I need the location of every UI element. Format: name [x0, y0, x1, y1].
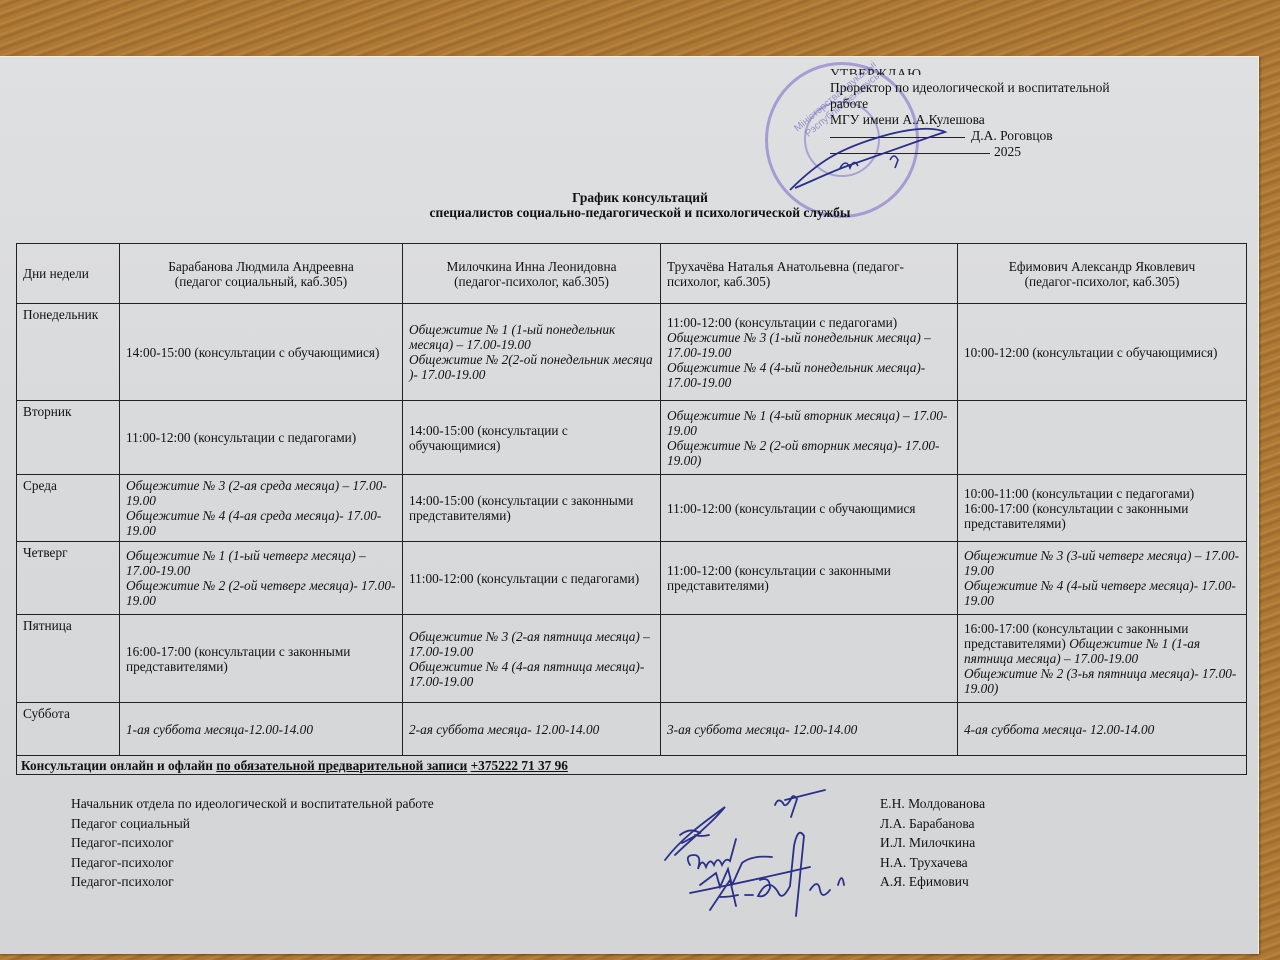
position: Педагог социальный: [71, 814, 434, 834]
schedule-entry: Общежитие № 2 (2-ой четверг месяца)- 17.…: [126, 578, 396, 608]
schedule-entry: 11:00-12:00 (консультации с педагогами): [409, 571, 654, 586]
schedule-cell: Общежитие № 1 (1-ый четверг месяца) – 17…: [120, 542, 403, 615]
approval-year: 2025: [994, 144, 1021, 159]
schedule-entry: Общежитие № 4 (4-ый понедельник месяца)-…: [667, 360, 951, 390]
position: Начальник отдела по идеологической и вос…: [71, 794, 434, 814]
signatory-name: И.Л. Милочкина: [880, 833, 985, 853]
table-header-row: Дни недели Барабанова Людмила Андреевна(…: [17, 244, 1247, 304]
day-cell: Вторник: [17, 401, 120, 475]
approval-signature-icon: [780, 120, 950, 200]
table-row: СредаОбщежитие № 3 (2-ая среда месяца) –…: [17, 475, 1247, 542]
signatory-name: Е.Н. Молдованова: [880, 794, 985, 814]
booking-requirement: по обязательной предварительной записи: [216, 758, 467, 773]
header-specialist: Трухачёва Наталья Анатольевна (педагог-п…: [661, 244, 958, 304]
schedule-entry: 11:00-12:00 (консультации с обучающимися: [667, 501, 951, 516]
schedule-cell: 1-ая суббота месяца-12.00-14.00: [120, 703, 403, 756]
schedule-cell: Общежитие № 3 (2-ая пятница месяца) – 17…: [403, 615, 661, 703]
schedule-cell: 11:00-12:00 (консультации с обучающимися: [661, 475, 958, 542]
schedule-cell: 16:00-17:00 (консультации с законными пр…: [120, 615, 403, 703]
schedule-entry: 14:00-15:00 (консультации с обучающимися…: [409, 423, 654, 453]
table-row: Понедельник14:00-15:00 (консультации с о…: [17, 304, 1247, 401]
booking-note: Консультации онлайн и офлайн по обязател…: [17, 756, 1247, 775]
schedule-entry: 10:00-11:00 (консультации с педагогами): [964, 486, 1240, 501]
schedule-cell: Общежитие № 3 (3-ий четверг месяца) – 17…: [958, 542, 1247, 615]
table-row: ЧетвергОбщежитие № 1 (1-ый четверг месяц…: [17, 542, 1247, 615]
schedule-entry: 11:00-12:00 (консультации с законными пр…: [667, 563, 951, 593]
approval-line: Проректор по идеологической и воспитател…: [830, 80, 1170, 96]
position: Педагог-психолог: [71, 872, 434, 892]
handwritten-signatures-icon: [650, 785, 880, 940]
day-cell: Среда: [17, 475, 120, 542]
schedule-cell: Общежитие № 1 (1-ый понедельник месяца) …: [403, 304, 661, 401]
header-specialist: Милочкина Инна Леонидовна(педагог-психол…: [403, 244, 661, 304]
schedule-entry: 16:00-17:00 (консультации с законными пр…: [964, 501, 1240, 531]
schedule-cell: 10:00-11:00 (консультации с педагогами)1…: [958, 475, 1247, 542]
schedule-entry: 11:00-12:00 (консультации с педагогами): [667, 315, 951, 330]
schedule-entry: 2-ая суббота месяца- 12.00-14.00: [409, 722, 654, 737]
schedule-entry: Общежитие № 3 (1-ый понедельник месяца) …: [667, 330, 951, 360]
schedule-entry: 3-ая суббота месяца- 12.00-14.00: [667, 722, 951, 737]
position: Педагог-психолог: [71, 833, 434, 853]
schedule-entry: 14:00-15:00 (консультации с законными пр…: [409, 493, 654, 523]
day-cell: Суббота: [17, 703, 120, 756]
signatory-name: Л.А. Барабанова: [880, 814, 985, 834]
title-line-1: График консультаций: [380, 190, 900, 205]
schedule-cell: 2-ая суббота месяца- 12.00-14.00: [403, 703, 661, 756]
approval-heading: УТВЕРЖДАЮ: [830, 66, 922, 75]
schedule-cell: 14:00-15:00 (консультации с обучающимися…: [403, 401, 661, 475]
schedule-entry: Общежитие № 1 (1-ый понедельник месяца) …: [409, 322, 654, 352]
approval-signatory: Д.А. Роговцов: [971, 128, 1053, 143]
table-row: Суббота1-ая суббота месяца-12.00-14.002-…: [17, 703, 1247, 756]
schedule-entry: 4-ая суббота месяца- 12.00-14.00: [964, 722, 1240, 737]
schedule-cell: 4-ая суббота месяца- 12.00-14.00: [958, 703, 1247, 756]
schedule-entry: 1-ая суббота месяца-12.00-14.00: [126, 722, 396, 737]
schedule-cell: 14:00-15:00 (консультации с обучающимися…: [120, 304, 403, 401]
header-days: Дни недели: [17, 244, 120, 304]
schedule-cell: Общежитие № 3 (2-ая среда месяца) – 17.0…: [120, 475, 403, 542]
schedule-entry: Общежитие № 2 (3-ья пятница месяца)- 17.…: [964, 666, 1240, 696]
schedule-cell: 3-ая суббота месяца- 12.00-14.00: [661, 703, 958, 756]
schedule-cell: 14:00-15:00 (консультации с законными пр…: [403, 475, 661, 542]
schedule-entry: Общежитие № 4 (4-ая среда месяца)- 17.00…: [126, 508, 396, 538]
schedule-entry: Общежитие № 3 (2-ая пятница месяца) – 17…: [409, 629, 654, 659]
consultation-schedule-table: Дни недели Барабанова Людмила Андреевна(…: [16, 243, 1247, 775]
schedule-entry: 11:00-12:00 (консультации с педагогами): [126, 430, 396, 445]
schedule-entry: Общежитие № 1 (4-ый вторник месяца) – 17…: [667, 408, 951, 438]
schedule-entry: 16:00-17:00 (консультации с законными пр…: [126, 644, 396, 674]
signature-positions: Начальник отдела по идеологической и вос…: [71, 794, 434, 892]
schedule-entry: 14:00-15:00 (консультации с обучающимися…: [126, 345, 396, 360]
table-row: Вторник11:00-12:00 (консультации с педаг…: [17, 401, 1247, 475]
schedule-entry: Общежитие № 2 (2-ой вторник месяца)- 17.…: [667, 438, 951, 468]
day-cell: Пятница: [17, 615, 120, 703]
schedule-cell: 10:00-12:00 (консультации с обучающимися…: [958, 304, 1247, 401]
position: Педагог-психолог: [71, 853, 434, 873]
day-cell: Четверг: [17, 542, 120, 615]
schedule-cell: 11:00-12:00 (консультации с педагогами): [403, 542, 661, 615]
approval-line: работе: [830, 96, 1170, 112]
header-specialist: Барабанова Людмила Андреевна(педагог соц…: [120, 244, 403, 304]
day-cell: Понедельник: [17, 304, 120, 401]
schedule-cell: Общежитие № 1 (4-ый вторник месяца) – 17…: [661, 401, 958, 475]
schedule-cell: 11:00-12:00 (консультации с педагогами)О…: [661, 304, 958, 401]
schedule-cell: 11:00-12:00 (консультации с законными пр…: [661, 542, 958, 615]
table-note-row: Консультации онлайн и офлайн по обязател…: [17, 756, 1247, 775]
signature-names: Е.Н. Молдованова Л.А. Барабанова И.Л. Ми…: [880, 794, 985, 892]
table-row: Пятница16:00-17:00 (консультации с закон…: [17, 615, 1247, 703]
document-title: График консультаций специалистов социаль…: [380, 190, 900, 220]
schedule-cell: [958, 401, 1247, 475]
schedule-cell: [661, 615, 958, 703]
schedule-entry: Общежитие № 3 (3-ий четверг месяца) – 17…: [964, 548, 1240, 578]
schedule-cell: 11:00-12:00 (консультации с педагогами): [120, 401, 403, 475]
title-line-2: специалистов социально-педагогической и …: [380, 205, 900, 220]
schedule-cell: 16:00-17:00 (консультации с законными пр…: [958, 615, 1247, 703]
schedule-entry: Общежитие № 1 (1-ый четверг месяца) – 17…: [126, 548, 396, 578]
schedule-entry: Общежитие № 4 (4-ая пятница месяца)- 17.…: [409, 659, 654, 689]
signatory-name: Н.А. Трухачева: [880, 853, 985, 873]
schedule-entry: Общежитие № 3 (2-ая среда месяца) – 17.0…: [126, 478, 396, 508]
schedule-entry: 10:00-12:00 (консультации с обучающимися…: [964, 345, 1240, 360]
signatory-name: А.Я. Ефимович: [880, 872, 985, 892]
booking-phone[interactable]: +375222 71 37 96: [471, 758, 568, 773]
schedule-entry: Общежитие № 4 (4-ый четверг месяца)- 17.…: [964, 578, 1240, 608]
schedule-entry: Общежитие № 2(2-ой понедельник месяца )-…: [409, 352, 654, 382]
header-specialist: Ефимович Александр Яковлевич(педагог-пси…: [958, 244, 1247, 304]
